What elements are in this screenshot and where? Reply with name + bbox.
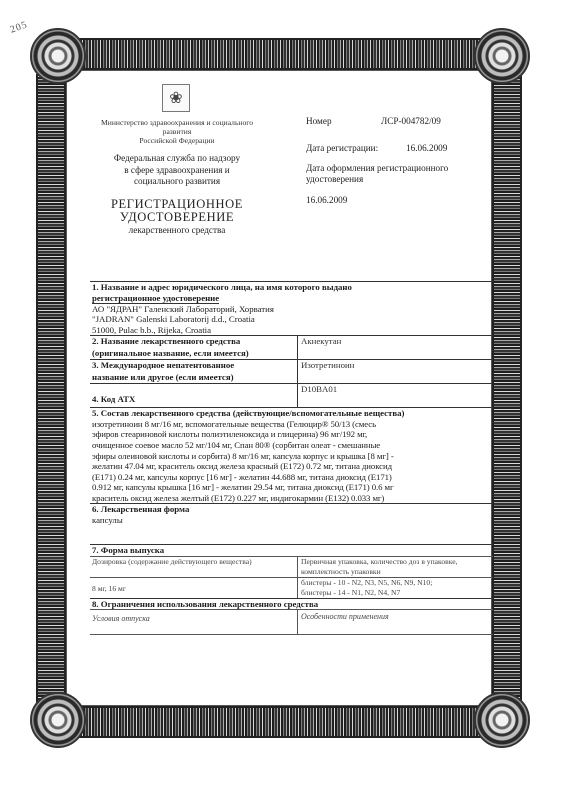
- usage-features: Особенности применения: [298, 610, 493, 634]
- section-inn: 3. Международное непатентованное названи…: [90, 359, 493, 383]
- section-restrictions: 8. Ограничения использования лекарственн…: [90, 598, 493, 636]
- border-left: [36, 74, 66, 706]
- label-line: 3. Международное непатентованное: [92, 360, 297, 372]
- header-line: Первичная упаковка, количество доз в упа…: [301, 557, 493, 567]
- corner-rosette-icon: [30, 692, 86, 748]
- composition-line: эфиров стеариновой кислоты полиэтиленокс…: [92, 429, 493, 440]
- packaging-column-header: Первичная упаковка, количество доз в упа…: [298, 557, 493, 577]
- label-line: 2. Название лекарственного средства: [92, 336, 297, 348]
- border-top: [74, 38, 488, 70]
- border-bottom: [74, 706, 488, 738]
- label-line: название или другое (если имеется): [92, 372, 297, 384]
- section-title-line: 1. Название и адрес юридического лица, н…: [92, 282, 493, 293]
- holder-line: 51000, Pulac b.b., Rijeka, Croatia: [92, 325, 493, 335]
- section-holder: 1. Название и адрес юридического лица, н…: [90, 281, 493, 335]
- label-line: (оригинальное название, если имеется): [92, 348, 297, 360]
- trade-name-value: Акнекутан: [298, 336, 493, 359]
- border-right: [492, 74, 522, 706]
- section-6-title: 6. Лекарственная форма: [90, 504, 493, 515]
- registration-date-label: Дата регистрации:: [306, 143, 406, 153]
- section-title-line: регистрационное удостоверение: [92, 293, 219, 305]
- restrictions-row: Условия отпуска Особенности применения: [90, 609, 493, 635]
- packaging-line: блистеры - 10 - N2, N3, N5, N6, N9, N10;: [301, 578, 493, 588]
- dosage-form-value: капсулы: [90, 515, 493, 525]
- release-form-header-row: Дозировка (содержание действующего вещес…: [90, 556, 493, 577]
- issue-date-value: 16.06.2009: [306, 195, 496, 205]
- coat-of-arms-icon: ❀: [162, 84, 190, 112]
- ministry-line: Российской Федерации: [92, 136, 262, 145]
- inn-value: Изотретиноин: [298, 360, 493, 383]
- dosage-column-header: Дозировка (содержание действующего вещес…: [90, 557, 298, 577]
- composition-line: очищенное соевое масло 52 мг/104 мг, Спа…: [92, 440, 493, 451]
- issue-date-label: Дата оформления регистрационного удостов…: [306, 163, 496, 185]
- release-form-data-row: 8 мг, 16 мг блистеры - 10 - N2, N3, N5, …: [90, 577, 493, 598]
- registration-date-row: Дата регистрации: 16.06.2009: [306, 143, 496, 153]
- composition-line: краситель оксид железа желтый (E172) 0.2…: [92, 493, 493, 504]
- corner-rosette-icon: [474, 692, 530, 748]
- registration-number-value: ЛСР-004782/09: [381, 116, 441, 126]
- trade-name-label: 2. Название лекарственного средства (ори…: [90, 336, 298, 359]
- issue-date-label-line: удостоверения: [306, 174, 496, 185]
- ministry-name: Министерство здравоохранения и социально…: [92, 118, 262, 145]
- service-line: Федеральная служба по надзору: [92, 153, 262, 165]
- holder-line: АО "ЯДРАН" Галенский Лабораторий, Хорват…: [92, 304, 493, 314]
- section-release-form: 7. Форма выпуска Дозировка (содержание д…: [90, 544, 493, 598]
- packaging-value: блистеры - 10 - N2, N3, N5, N6, N9, N10;…: [298, 578, 493, 598]
- composition-line: эфиры олеиновой кислоты и сорбита) 8 мг/…: [92, 451, 493, 462]
- composition-line: желатин 47.04 мг, краситель оксид железа…: [92, 461, 493, 472]
- service-line: социального развития: [92, 176, 262, 188]
- holder-line: "JADRAN" Galenski Laboratorij d.d., Croa…: [92, 314, 493, 324]
- inn-label: 3. Международное непатентованное названи…: [90, 360, 298, 383]
- section-atc-code: 4. Код АТХ D10BA01: [90, 383, 493, 407]
- ministry-line: развития: [92, 127, 262, 136]
- section-dosage-form: 6. Лекарственная форма капсулы: [90, 503, 493, 540]
- section-composition: 5. Состав лекарственного средства (дейст…: [90, 407, 493, 503]
- corner-rosette-icon: [474, 28, 530, 84]
- composition-text: изотретиноин 8 мг/16 мг, вспомогательные…: [90, 419, 493, 504]
- section-8-title: 8. Ограничения использования лекарственн…: [90, 599, 493, 610]
- title-line: РЕГИСТРАЦИОННОЕ: [92, 198, 262, 211]
- atc-code-value: D10BA01: [298, 384, 493, 407]
- title-line: УДОСТОВЕРЕНИЕ: [92, 211, 262, 224]
- section-5-title: 5. Состав лекарственного средства (дейст…: [90, 408, 493, 419]
- certificate-table: 1. Название и адрес юридического лица, н…: [90, 281, 493, 635]
- registration-date-value: 16.06.2009: [406, 143, 447, 153]
- registration-info: Номер ЛСР-004782/09 Дата регистрации: 16…: [306, 116, 496, 205]
- document-subtitle: лекарственного средства: [92, 225, 262, 235]
- registration-number-row: Номер ЛСР-004782/09: [306, 116, 496, 126]
- corner-rosette-icon: [30, 28, 86, 84]
- ministry-line: Министерство здравоохранения и социально…: [92, 118, 262, 127]
- section-trade-name: 2. Название лекарственного средства (ори…: [90, 335, 493, 359]
- registration-number-label: Номер: [306, 116, 381, 126]
- handwritten-page-number: 205: [9, 19, 30, 35]
- holder-details: АО "ЯДРАН" Галенский Лабораторий, Хорват…: [90, 304, 493, 335]
- service-line: в сфере здравоохранения и: [92, 165, 262, 177]
- packaging-line: блистеры - 14 - N1, N2, N4, N7: [301, 588, 493, 598]
- header-line: комплектность упаковки: [301, 567, 493, 577]
- issuing-authority: Министерство здравоохранения и социально…: [92, 118, 262, 235]
- dispensing-conditions: Условия отпуска: [90, 610, 298, 634]
- service-name: Федеральная служба по надзору в сфере зд…: [92, 153, 262, 188]
- composition-line: 0.912 мг, капсулы крышка [16 мг] - желат…: [92, 482, 493, 493]
- dosage-value: 8 мг, 16 мг: [90, 578, 298, 598]
- section-7-title: 7. Форма выпуска: [90, 545, 493, 556]
- issue-date-label-line: Дата оформления регистрационного: [306, 163, 496, 174]
- document-title: РЕГИСТРАЦИОННОЕ УДОСТОВЕРЕНИЕ: [92, 198, 262, 224]
- composition-line: (E171) 0.24 мг, капсулы корпус [16 мг] -…: [92, 472, 493, 483]
- section-1-title: 1. Название и адрес юридического лица, н…: [90, 282, 493, 304]
- composition-line: изотретиноин 8 мг/16 мг, вспомогательные…: [92, 419, 493, 430]
- atc-code-label: 4. Код АТХ: [90, 384, 298, 407]
